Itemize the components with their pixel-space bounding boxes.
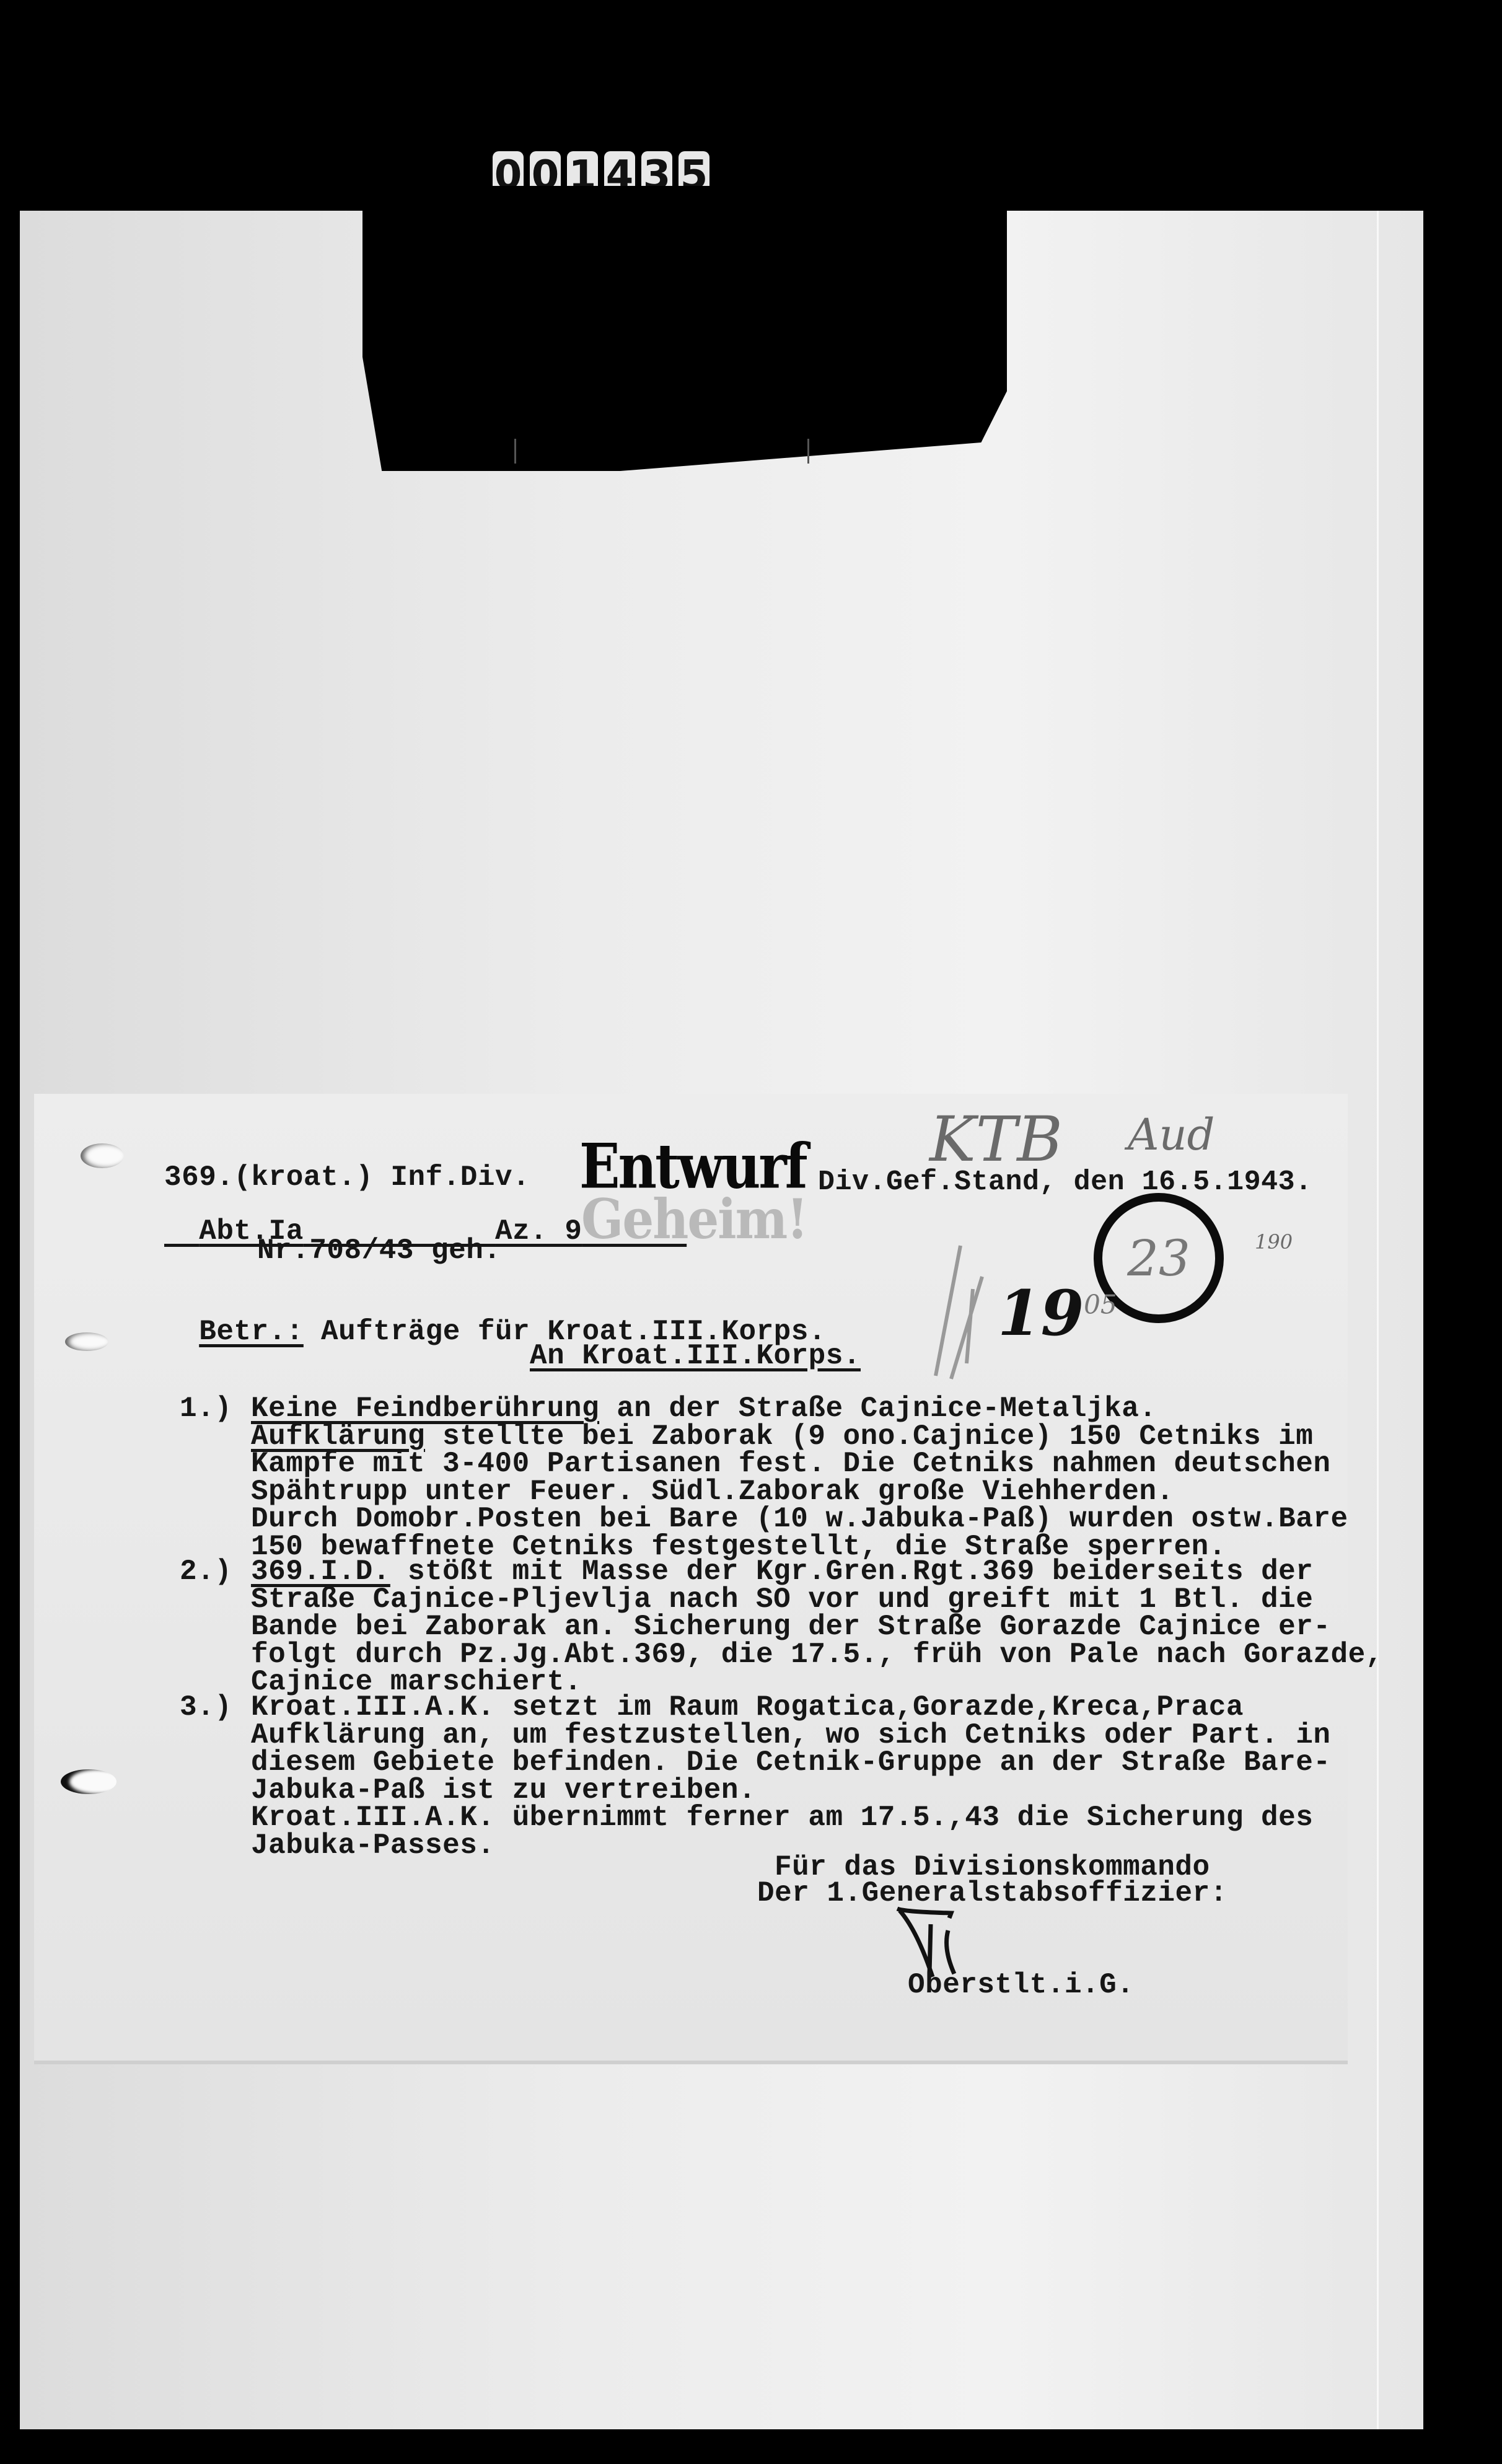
document-number: Nr.708/43 geh. (257, 1236, 501, 1265)
item-line: Aufklärung stellte bei Zaborak (9 ono.Ca… (251, 1422, 1313, 1451)
place-date: Div.Gef.Stand, den 16.5.1943. (818, 1168, 1312, 1196)
item-line: 369.I.D. stößt mit Masse der Kgr.Gren.Rg… (251, 1557, 1313, 1586)
subject-label: Betr.: (199, 1316, 304, 1348)
item-line: Jabuka-Passes. (251, 1831, 494, 1860)
item-line: folgt durch Pz.Jg.Abt.369, die 17.5., fr… (251, 1640, 1383, 1669)
unit-line: 369.(kroat.) Inf.Div. (164, 1163, 530, 1192)
signer-rank: Oberstlt.i.G. (908, 1971, 1134, 1999)
circle-stamp-number: 23 (1127, 1230, 1190, 1287)
punch-hole (61, 1769, 116, 1794)
pencil-strokes (923, 1239, 998, 1382)
item-line: Spähtrupp unter Feuer. Südl.Zaborak groß… (251, 1477, 1174, 1506)
item-number: 2.) (180, 1557, 232, 1586)
item-line: diesem Gebiete befinden. Die Cetnik-Grup… (251, 1748, 1330, 1777)
time-annotation: 1905 (998, 1277, 1117, 1350)
item-line: Straße Cajnice-Pljevlja nach SO vor und … (251, 1585, 1313, 1614)
line-text: Jabuka-Passes. (251, 1829, 494, 1862)
annotation-top-right: Aud (1128, 1109, 1214, 1160)
item-line: Kroat.III.A.K. übernimmt ferner am 17.5.… (251, 1803, 1313, 1832)
recipient: An Kroat.III.Korps. (530, 1342, 861, 1370)
subject-line: Betr.: Aufträge für Kroat.III.Korps. (164, 1289, 826, 1346)
item-line: Kroat.III.A.K. setzt im Raum Rogatica,Go… (251, 1693, 1244, 1722)
folder-clip (362, 186, 1007, 471)
closing-line-2: Der 1.Generalstabsoffizier: (757, 1879, 1228, 1907)
clip-label-strip (514, 439, 809, 464)
page-number-190: 190 (1255, 1230, 1293, 1254)
reference-az: Az. 9 (495, 1215, 582, 1247)
item-line: Durch Domobr.Posten bei Bare (10 w.Jabuk… (251, 1505, 1348, 1533)
punch-hole (81, 1143, 124, 1168)
item-line: Bande bei Zaborak an. Sicherung der Stra… (251, 1613, 1330, 1641)
punch-hole (65, 1332, 108, 1351)
ktb-annotation: KTB (929, 1103, 1063, 1176)
item-line: Kampfe mit 3-400 Partisanen fest. Die Ce… (251, 1450, 1330, 1478)
item-number: 3.) (180, 1693, 232, 1722)
item-line: Aufklärung an, um festzustellen, wo sich… (251, 1721, 1330, 1749)
item-line: Jabuka-Paß ist zu vertreiben. (251, 1776, 756, 1805)
geheim-stamp: Geheim! (581, 1187, 807, 1251)
item-number: 1.) (180, 1394, 232, 1423)
item-line: Keine Feindberührung an der Straße Cajni… (251, 1394, 1156, 1423)
